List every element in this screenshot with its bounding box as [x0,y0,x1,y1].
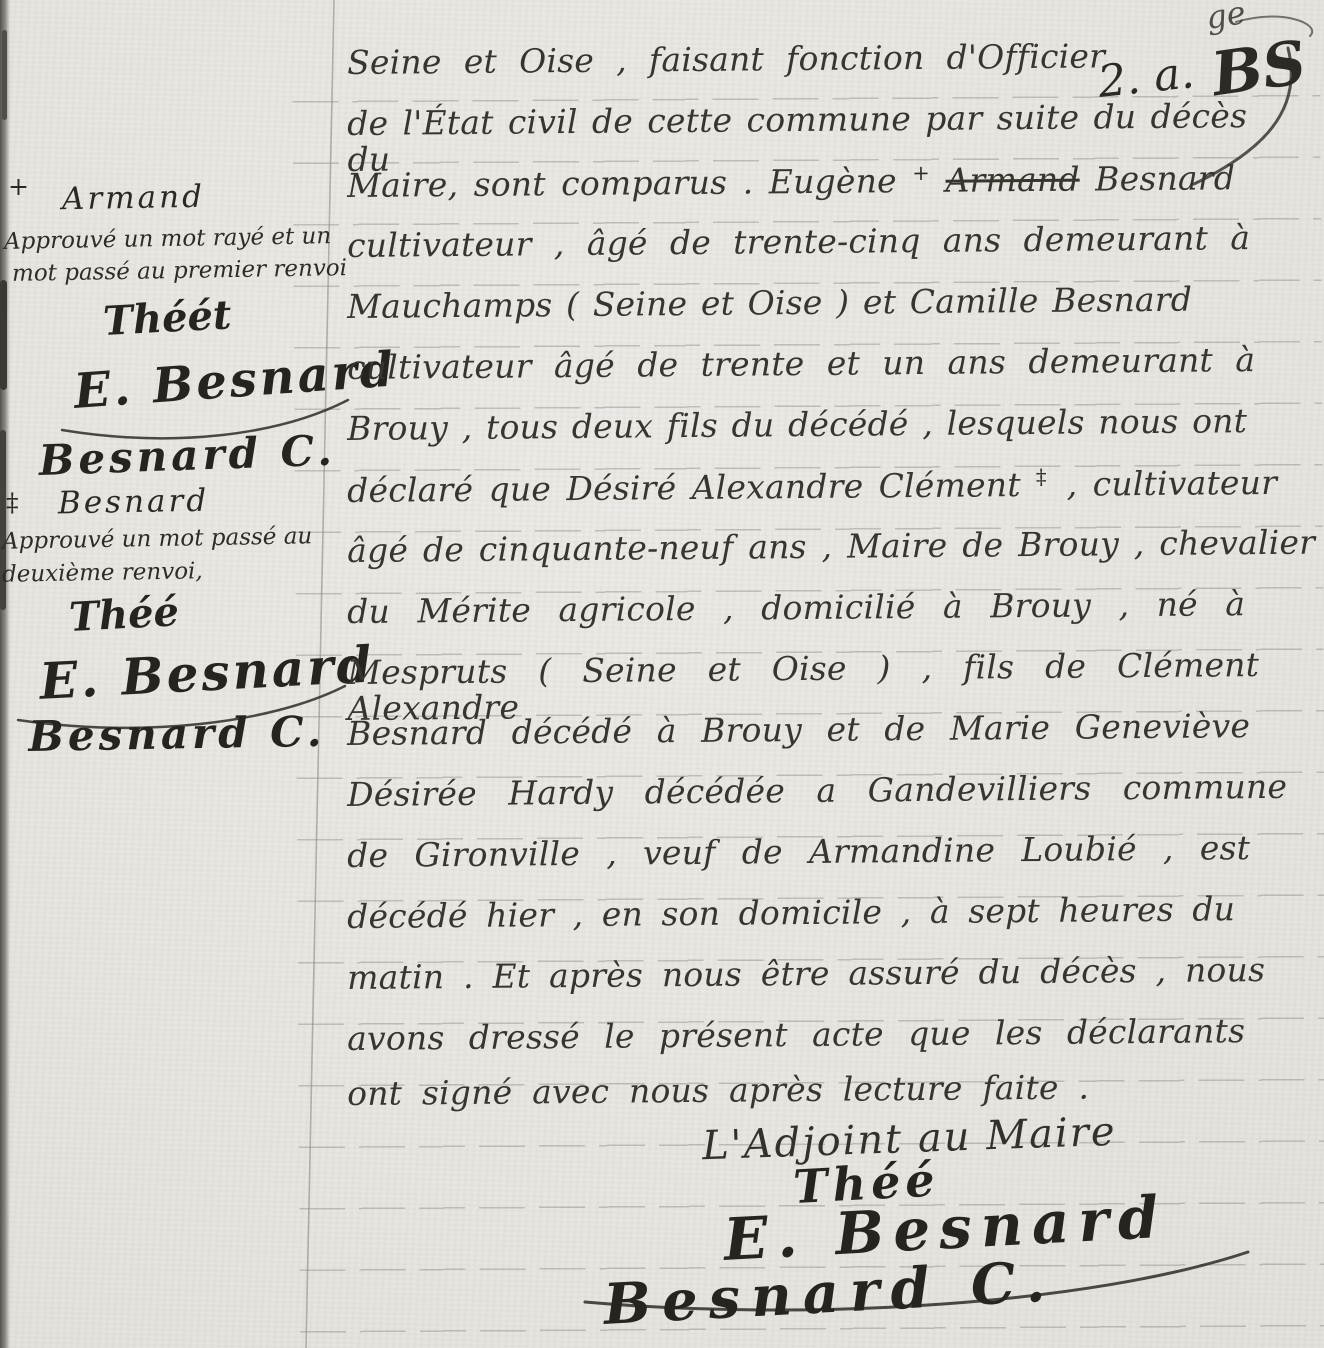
act-line-3-end: Besnard [1095,158,1235,198]
binding-edge [0,0,12,1348]
binding-edge-tear [2,30,7,120]
death-record-page: ge 2. a. BS + Armand Approuvé un mot ray… [0,0,1324,1348]
act-line-4: cultivateur , âgé de trente-cinq ans dem… [347,220,1250,264]
signature-besnard-c-margin-1: Besnard C. [38,426,337,485]
act-line-17: avons dressé le présent acte que les déc… [347,1013,1245,1057]
act-line-7: Brouy , tous deux fils du décédé , lesqu… [347,403,1247,447]
margin-approval-2-line-2: deuxième renvoi, [2,558,203,587]
margin-approval-2-line-1: Approuvé un mot passé au [2,523,313,554]
binding-edge-tear [0,280,7,390]
act-line-16: matin . Et après nous être assuré du déc… [347,952,1265,996]
act-line-15: décédé hier , en son domicile , à sept h… [347,891,1235,935]
act-line-13: Désirée Hardy décédée a Gandevilliers co… [347,769,1287,813]
renvoi-mark-inline-2: ‡ [1036,465,1052,489]
act-line-6: cultivateur âgé de trente et un ans deme… [347,342,1255,386]
act-line-9: âgé de cinquante-neuf ans , Maire de Bro… [347,525,1315,570]
act-line-8-end: , cultivateur [1067,463,1278,504]
act-line-10: du Mérite agricole , domicilié à Brouy ,… [347,586,1245,630]
act-line-3: Maire, sont comparus . Eugène + Armand B… [347,159,1235,204]
corner-flourish-text: ge [1203,0,1248,37]
margin-word-besnard: Besnard [58,483,210,522]
renvoi-mark-2: ‡ [6,488,19,517]
signature-besnard-c-margin-2: Besnard C. [28,707,326,761]
signature-adjoint-margin-1: Théét [102,291,233,345]
struck-word-armand: Armand [945,160,1079,200]
margin-approval-1-line-1: Approuvé un mot rayé et un [4,223,332,255]
renvoi-mark-inline-1: + [912,161,930,185]
signature-adjoint-margin-2: Théé [68,588,180,641]
margin-word-armand: Armand [62,179,206,217]
act-line-18: ont signé avec nous après lecture faite … [347,1070,1089,1113]
act-line-8-text: déclaré que Désiré Alexandre Clément [347,465,1021,510]
act-line-5: Mauchamps ( Seine et Oise ) et Camille B… [347,282,1192,326]
act-line-8: déclaré que Désiré Alexandre Clément ‡ ,… [347,464,1277,509]
act-line-3-text: Maire, sont comparus . Eugène [347,161,897,205]
act-line-12: Besnard décédé à Brouy et de Marie Genev… [347,708,1250,752]
renvoi-mark-1: + [8,172,29,201]
act-line-1: Seine et Oise , faisant fonction d'Offic… [347,38,1105,81]
act-line-14: de Gironville , veuf de Armandine Loubié… [347,830,1250,874]
